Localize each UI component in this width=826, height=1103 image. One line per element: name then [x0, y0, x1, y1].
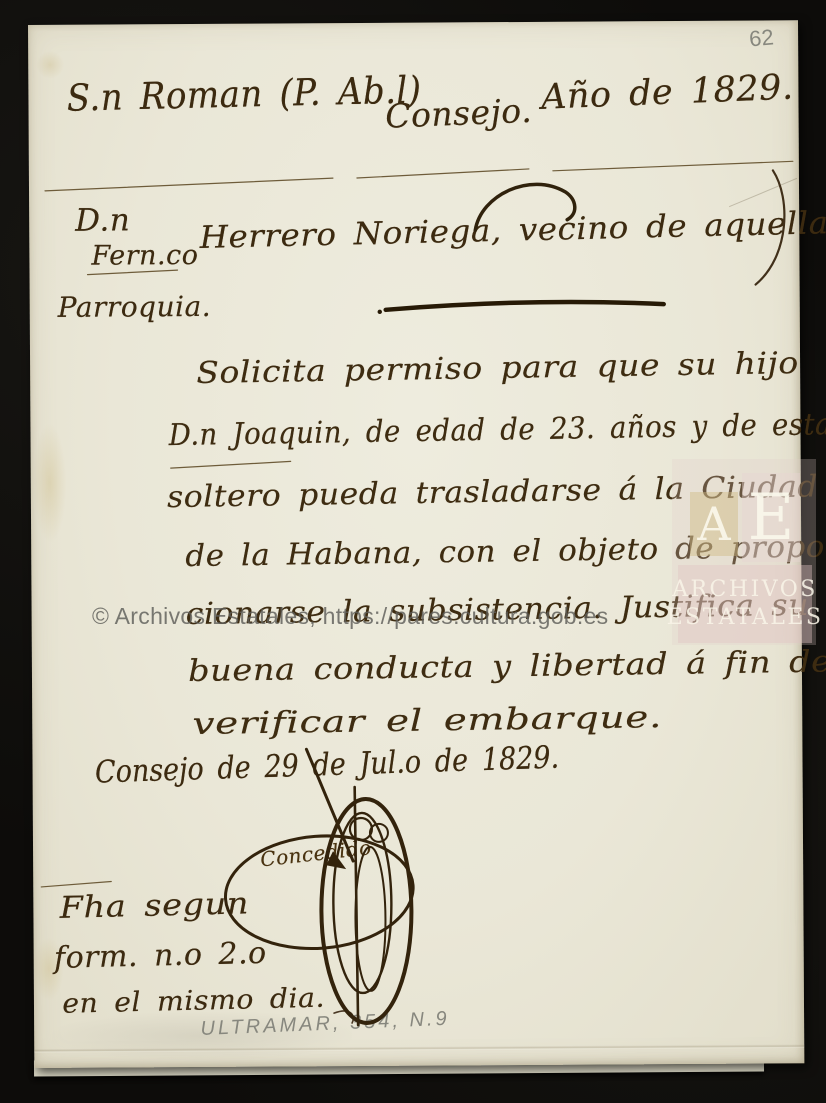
folio-number: 62 — [748, 24, 775, 52]
logo-tile-e: E — [742, 473, 800, 562]
body-line: Solicita permiso para que su hijo — [196, 346, 799, 391]
logo-name-line1: ARCHIVOS — [672, 576, 818, 604]
petitioner-line: Herrero Noriega, vecino de aquella — [199, 205, 826, 256]
watermark-text: © Archivos Estatales, https://pares.cult… — [92, 603, 608, 630]
margin-name: Fern.co — [91, 240, 198, 272]
header-place: S.n Roman (P. Ab.l) — [66, 68, 422, 119]
resolution-note: Concedido — [259, 835, 373, 871]
header-council: Consejo. — [384, 91, 532, 136]
logo-letter-e: E — [748, 486, 795, 550]
header-year: Año de 1829. — [540, 68, 794, 118]
logo-name-line2: ESTATALES — [667, 604, 824, 632]
document-scan: 62 S.n Roman (P. Ab.l) Consejo. Año de 1… — [0, 0, 826, 1103]
paper-stain — [32, 423, 67, 543]
logo-letter-a: A — [697, 501, 730, 547]
date-line: Consejo de 29 de Jul.o de 1829. — [94, 740, 559, 791]
paper-stain — [36, 51, 64, 79]
margin-title: D.n — [75, 202, 130, 238]
footer-line: form. n.o 2.o — [54, 936, 267, 976]
footer-line: Fha segun — [59, 886, 249, 925]
logo-tile-a: A — [690, 492, 738, 556]
margin-parish: Parroquia. — [58, 290, 212, 324]
archive-logo: A E ARCHIVOS ESTATALES — [672, 459, 816, 645]
paper-fold-crease — [34, 1044, 804, 1053]
logo-nameplate: ARCHIVOS ESTATALES — [678, 565, 812, 643]
body-line: verificar el embarque. — [192, 700, 662, 742]
body-line: buena conducta y libertad á fin de — [188, 644, 826, 689]
body-line: D.n Joaquin, de edad de 23. años y de es… — [168, 407, 826, 454]
